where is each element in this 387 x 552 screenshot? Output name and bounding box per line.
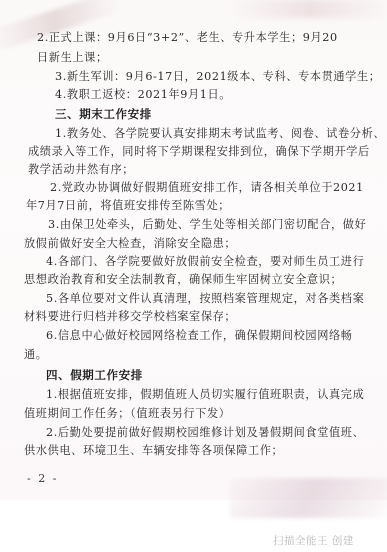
scan-shadow [230, 478, 387, 518]
text-line: 3.新生军训：9月6-17日，2021级本、专科、专本贯通学生； [55, 70, 381, 84]
text-line: 日新生上课； [37, 51, 108, 65]
text-line: 值班期间工作任务；（值班表另行下发） [24, 407, 231, 421]
text-line: 材料要进行归档并移交学校档案室保存； [24, 310, 236, 324]
text-line: 成绩录入等工作，同时将下学期课程安排到位，确保下学期开学后 [28, 145, 370, 159]
text-line: 5.各单位要对文件认真清理，按照档案管理规定，对各类档案 [46, 292, 364, 306]
text-line: 通。 [24, 348, 48, 362]
text-line: 教学活动井然有序； [28, 163, 134, 177]
text-line: 4.各部门、各学院要做好放假前安全检查，要对师生员工进行 [46, 255, 364, 269]
text-line: 放假前做好安全大检查，消除安全隐患； [24, 237, 236, 251]
text-line: 3.由保卫处牵头，后勤处、学生处等相关部门密切配合，做好 [48, 218, 366, 232]
section-heading: 三、期末工作安排 [55, 107, 152, 121]
text-line: 2.后勤处要提前做好假期校园维修计划及暑假期间食堂值班、 [46, 426, 364, 440]
text-line: 思想政治教育和安全法制教育，确保师生牢固树立安全意识； [24, 273, 342, 287]
text-line: 年7月7日前，将值班安排传至陈雪处； [26, 199, 230, 213]
section-heading: 四、假期工作安排 [46, 368, 143, 382]
text-line: 供水供电、环境卫生、车辆安排等各项保障工作； [24, 444, 283, 458]
scan-smudge [230, 0, 387, 18]
scanner-watermark: 扫描全能王 创建 [273, 533, 354, 548]
page-number: - 2 - [27, 472, 58, 485]
text-line: 2.正式上课：9月6日“3+2”、老生、专升本学生；9月20 [37, 31, 338, 45]
text-line: 6.信息中心做好校园网络检查工作，确保假期间校园网络畅 [46, 329, 353, 343]
scanned-page: 2.正式上课：9月6日“3+2”、老生、专升本学生；9月20 日新生上课； 3.… [0, 0, 387, 500]
text-line: 1.教务处、各学院要认真安排期末考试监考、阅卷、试卷分析、 [55, 127, 385, 141]
text-line: 1.根据值班安排，假期值班人员切实履行值班职责，认真完成 [46, 388, 364, 402]
text-line: 4.教职工返校：2021年9月1日。 [55, 88, 231, 102]
text-line: 2.党政办协调做好假期值班安排工作，请各相关单位于2021 [50, 181, 364, 195]
